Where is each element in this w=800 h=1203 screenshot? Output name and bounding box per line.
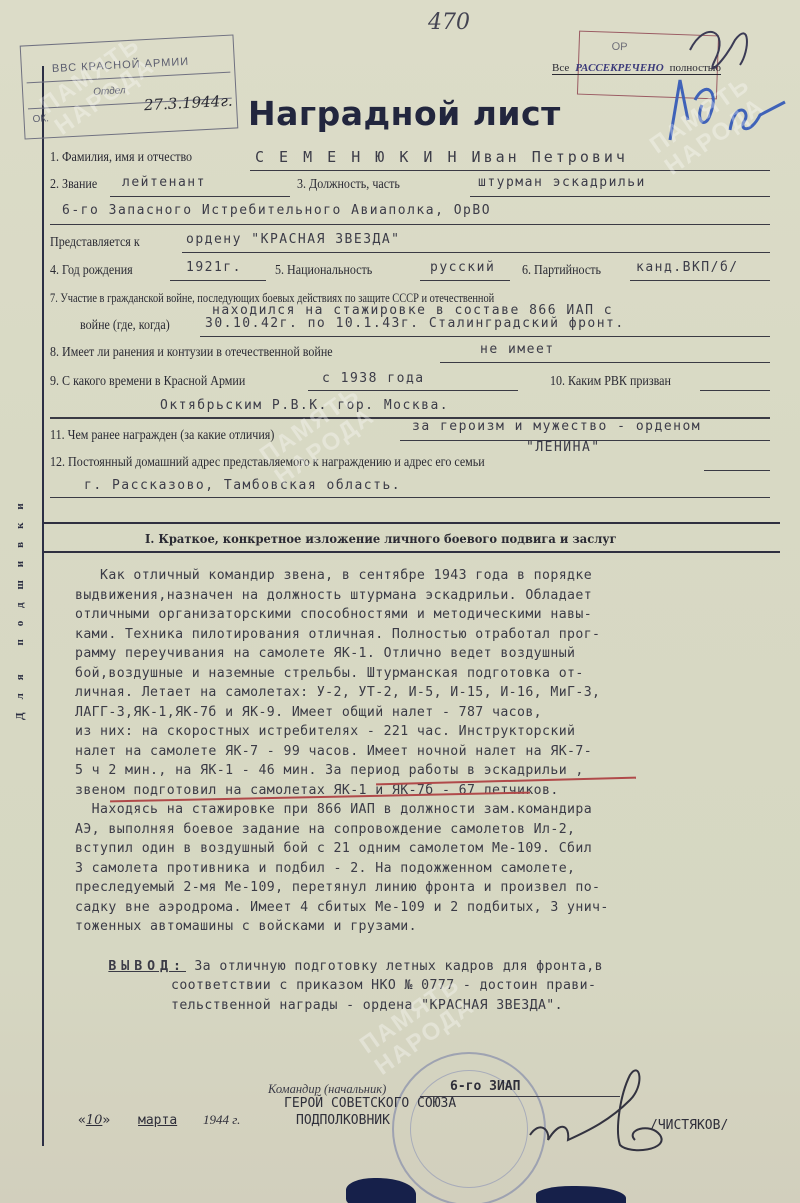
field-label: 11. Чем ранее награжден (за какие отличи… — [50, 428, 274, 444]
party-value: канд.ВКП/б/ — [636, 260, 739, 275]
date-line: «10» марта 1944 г. — [78, 1112, 240, 1128]
narrative-line: Как отличный командир звена, в сентябре … — [75, 566, 775, 586]
conclusion-line-2: соответствии с приказом НКО № 0777 - дос… — [171, 978, 596, 993]
field-label: 5. Национальность — [275, 263, 372, 279]
army-since-value: с 1938 года — [322, 371, 425, 386]
narrative-line: вступил один в воздушный бой с 21 одним … — [75, 839, 775, 859]
section-title: I. Краткое, конкретное изложение личного… — [145, 531, 617, 546]
field-label: 10. Каким РВК призван — [550, 374, 671, 390]
narrative-line: Находясь на стажировке при 866 ИАП в дол… — [75, 800, 775, 820]
narrative-line: 5 ч 2 мин., на ЯК-1 - 46 мин. За период … — [75, 761, 775, 781]
field-nationality: 5. Национальность — [275, 263, 388, 279]
conclusion-block: ВЫВОД: За отличную подготовку летных кад… — [75, 937, 603, 1015]
signed-rank: ПОДПОЛКОВНИК — [296, 1113, 390, 1128]
field-label: 6. Партийность — [522, 263, 601, 279]
award-sheet-document: Для подшивки ВВС КРАСНОЙ АРМИИ Отдел ОК.… — [0, 0, 800, 1203]
archive-number: 470 — [428, 10, 470, 35]
field-label: 1. Фамилия, имя и отчество — [50, 150, 192, 166]
commander-label: Командир (начальник) — [268, 1082, 386, 1097]
previous-awards-value-1: за героизм и мужество - орденом — [412, 419, 701, 434]
field-war-participation-2: войне (где, когда) — [80, 318, 184, 334]
conclusion-line-3: тельственной награды - ордена "КРАСНАЯ З… — [171, 998, 563, 1013]
narrative-line: выдвижения,назначен на должность штурман… — [75, 586, 775, 606]
home-address-value: г. Рассказово, Тамбовская область. — [84, 478, 401, 493]
field-full-name: 1. Фамилия, имя и отчество — [50, 150, 215, 166]
field-label: 8. Имеет ли ранения и контузии в отечест… — [50, 345, 333, 361]
field-label: 3. Должность, часть — [297, 177, 400, 193]
section-rule-top — [44, 522, 780, 524]
side-label-binding: Для подшивки — [14, 470, 34, 740]
wounds-value: не имеет — [480, 342, 555, 357]
nationality-value: русский — [430, 260, 495, 275]
presented-award-value: ордену "КРАСНАЯ ЗВЕЗДА" — [186, 232, 401, 247]
field-label: 9. С какого времени в Красной Армии — [50, 374, 245, 390]
field-rank: 2. Звание — [50, 177, 105, 193]
narrative-line: преследуемый 2-мя Ме-109, перетянул лини… — [75, 878, 775, 898]
narrative-line: рамму переучивания на самолете ЯК-1. Отл… — [75, 644, 775, 664]
section-rule-bottom — [44, 551, 780, 553]
position-value: штурман эскадрильи — [478, 175, 646, 190]
conclusion-heading: ВЫВОД: — [108, 959, 186, 974]
narrative-line: бой,воздушные и наземные стрельбы. Штурм… — [75, 664, 775, 684]
field-label: Представляется к — [50, 235, 140, 251]
signature-icon — [520, 1060, 680, 1170]
unit-value: 6-го ЗИАП — [450, 1079, 520, 1094]
ink-blot — [536, 1186, 626, 1203]
conclusion-line-1: За отличную подготовку летных кадров для… — [194, 959, 603, 974]
date-day: 10 — [86, 1113, 103, 1128]
field-wounds: 8. Имеет ли ранения и контузии в отечест… — [50, 345, 379, 361]
war-participation-value-2: 30.10.42г. по 10.1.43г. Сталинградский ф… — [205, 316, 625, 331]
ink-blot — [346, 1178, 416, 1203]
narrative-text: Как отличный командир звена, в сентябре … — [75, 566, 775, 937]
declassified-word-1: Все — [552, 62, 569, 74]
narrative-line: налет на самолете ЯК-7 - 99 часов. Имеет… — [75, 742, 775, 762]
field-label: войне (где, когда) — [80, 318, 170, 334]
rank-value: лейтенант — [122, 175, 206, 190]
stamp-date-handwritten: 27.3.1944г. — [144, 92, 234, 115]
date-open-quote: « — [78, 1113, 86, 1128]
commander-label-text: Командир (начальник) — [268, 1082, 386, 1096]
document-title: Наградной лист — [248, 94, 561, 133]
date-year: 1944 г. — [203, 1112, 240, 1127]
narrative-line: 3 самолета противника и подбил - 2. На п… — [75, 859, 775, 879]
field-presented-to: Представляется к — [50, 235, 154, 251]
date-month: марта — [138, 1113, 177, 1128]
field-party: 6. Партийность — [522, 263, 614, 279]
margin-rule — [42, 66, 44, 1146]
previous-awards-value-2: "ЛЕНИНА" — [526, 440, 601, 455]
date-close-quote: » — [102, 1113, 110, 1128]
narrative-line: АЭ, выполняя боевое задание на сопровожд… — [75, 820, 775, 840]
field-label: 4. Год рождения — [50, 263, 133, 279]
rank-title: ГЕРОЙ СОВЕТСКОГО СОЮЗА — [284, 1096, 456, 1111]
field-position: 3. Должность, часть — [297, 177, 417, 193]
field-army-since: 9. С какого времени в Красной Армии — [50, 374, 277, 390]
narrative-line: тоженных автомашины с войсками и грузами… — [75, 917, 775, 937]
narrative-line: из них: на скоростных истребителях - 221… — [75, 722, 775, 742]
narrative-line: отличными организаторскими способностями… — [75, 605, 775, 625]
full-name-value: С Е М Е Н Ю К И Н Иван Петрович — [255, 148, 628, 166]
narrative-line: личная. Летает на самолетах: У-2, УТ-2, … — [75, 683, 775, 703]
narrative-line: садку вне аэродрома. Имеет 4 сбитых Ме-1… — [75, 898, 775, 918]
position-unit-value: 6-го Запасного Истребительного Авиаполка… — [62, 203, 491, 218]
field-label: 2. Звание — [50, 177, 97, 193]
narrative-line: ЛАГГ-3,ЯК-1,ЯК-7б и ЯК-9. Имеет общий на… — [75, 703, 775, 723]
narrative-line: ками. Техника пилотирования отличная. По… — [75, 625, 775, 645]
birth-year-value: 1921г. — [186, 260, 242, 275]
field-birth-year: 4. Год рождения — [50, 263, 146, 279]
field-conscription-office: 10. Каким РВК призван — [550, 374, 691, 390]
